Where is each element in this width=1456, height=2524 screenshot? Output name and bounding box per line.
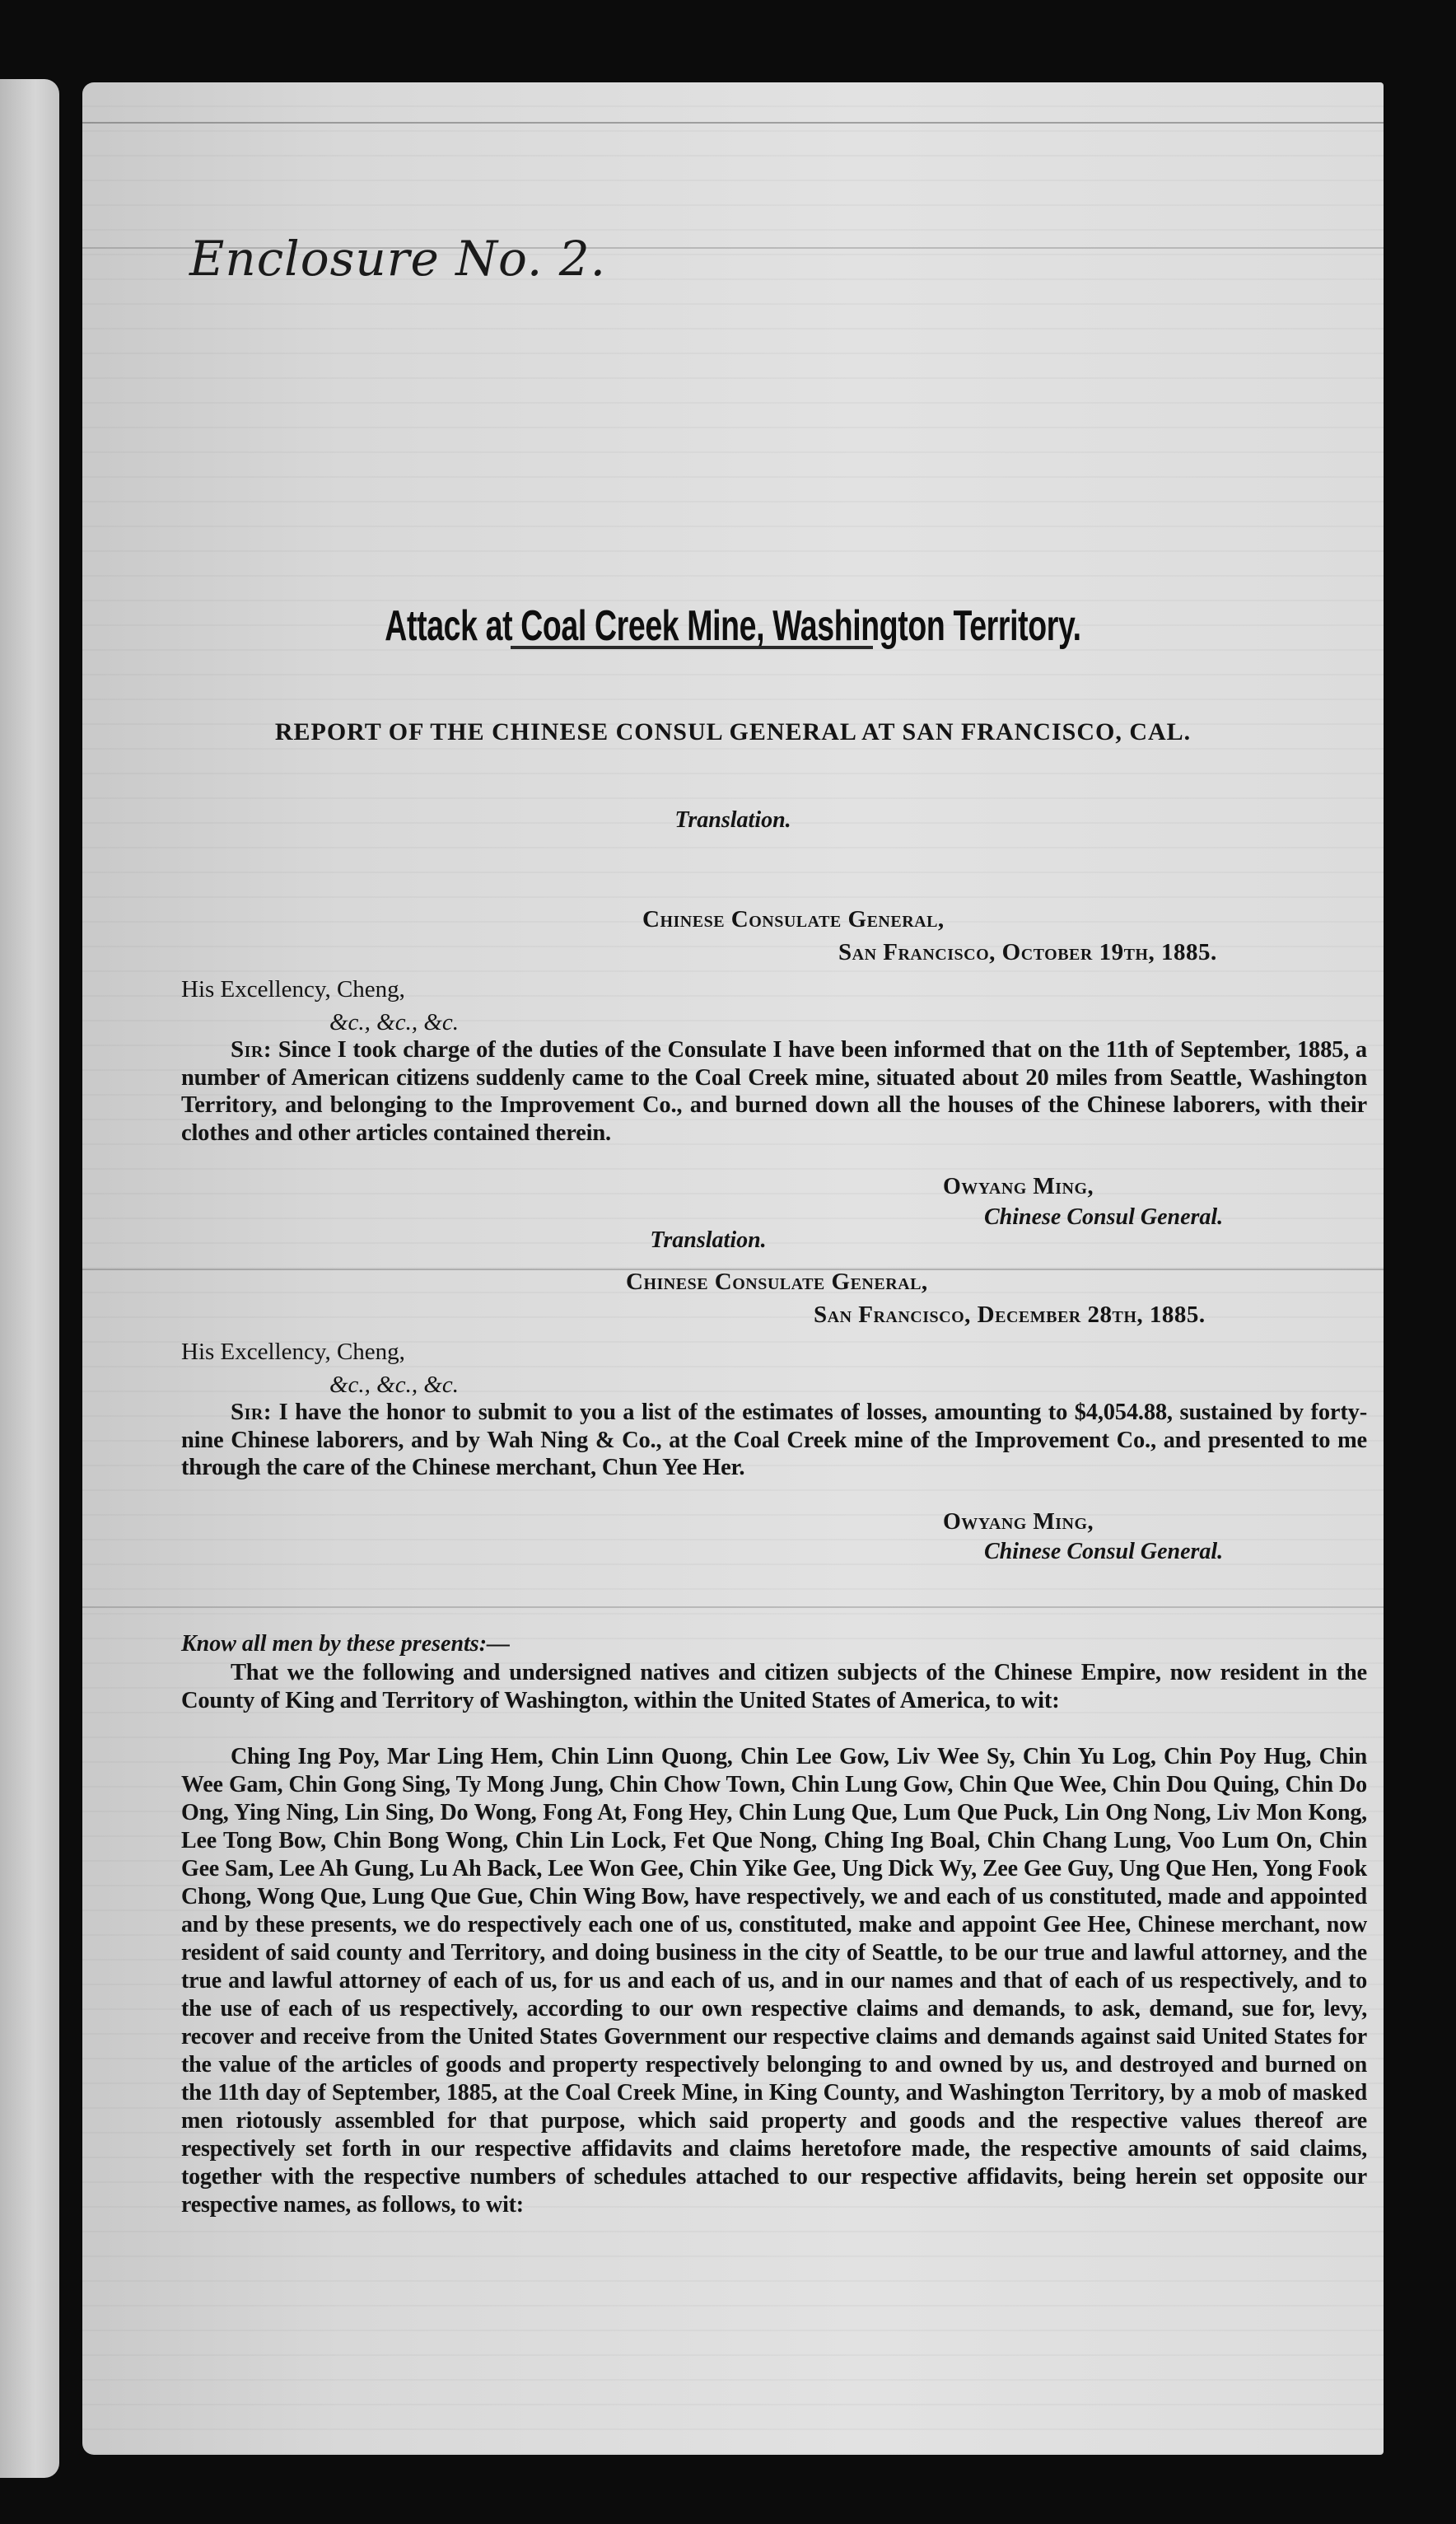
translation-label: Translation. xyxy=(33,1227,1384,1254)
document-page: Enclosure No. 2. Attack at Coal Creek Mi… xyxy=(82,82,1384,2455)
letter-body: Sir: Since I took charge of the duties o… xyxy=(181,1036,1367,1147)
adjacent-page-edge xyxy=(0,79,59,2478)
signature-name: Owyang Ming, xyxy=(943,1174,1094,1200)
salutation: Sir: xyxy=(231,1399,272,1425)
poa-opening: Know all men by these presents:— xyxy=(181,1631,510,1657)
place-date: San Francisco, October 19th, 1885. xyxy=(838,939,1217,966)
etc-line: &c., &c., &c. xyxy=(329,1009,459,1036)
document-title: Attack at Coal Creek Mine, Washington Te… xyxy=(264,601,1202,651)
title-divider xyxy=(511,646,873,649)
addressee: His Excellency, Cheng, xyxy=(181,1339,405,1366)
poa-paragraph-2: Ching Ing Poy, Mar Ling Hem, Chin Linn Q… xyxy=(181,1743,1367,2219)
letter-body: Sir: I have the honor to submit to you a… xyxy=(181,1399,1367,1482)
ruled-line xyxy=(82,122,1384,124)
letter-text: I have the honor to submit to you a list… xyxy=(181,1400,1367,1480)
letter-text: Since I took charge of the duties of the… xyxy=(181,1037,1367,1146)
sender-office: Chinese Consulate General, xyxy=(626,1269,928,1296)
etc-line: &c., &c., &c. xyxy=(329,1372,459,1399)
signature-name: Owyang Ming, xyxy=(943,1509,1094,1535)
place-date: San Francisco, December 28th, 1885. xyxy=(814,1302,1206,1329)
poa-paragraph-1: That we the following and undersigned na… xyxy=(181,1659,1367,1714)
translation-label: Translation. xyxy=(82,807,1384,834)
signature-title: Chinese Consul General. xyxy=(984,1539,1223,1565)
addressee: His Excellency, Cheng, xyxy=(181,976,405,1003)
poa-text: That we the following and undersigned na… xyxy=(181,1660,1367,1713)
enclosure-label: Enclosure No. 2. xyxy=(189,231,606,287)
sender-office: Chinese Consulate General, xyxy=(642,906,945,933)
salutation: Sir: xyxy=(231,1036,272,1063)
poa-text: Ching Ing Poy, Mar Ling Hem, Chin Linn Q… xyxy=(181,1744,1367,2218)
ruled-line xyxy=(82,1606,1384,1608)
report-heading: REPORT OF THE CHINESE CONSUL GENERAL AT … xyxy=(82,718,1384,746)
